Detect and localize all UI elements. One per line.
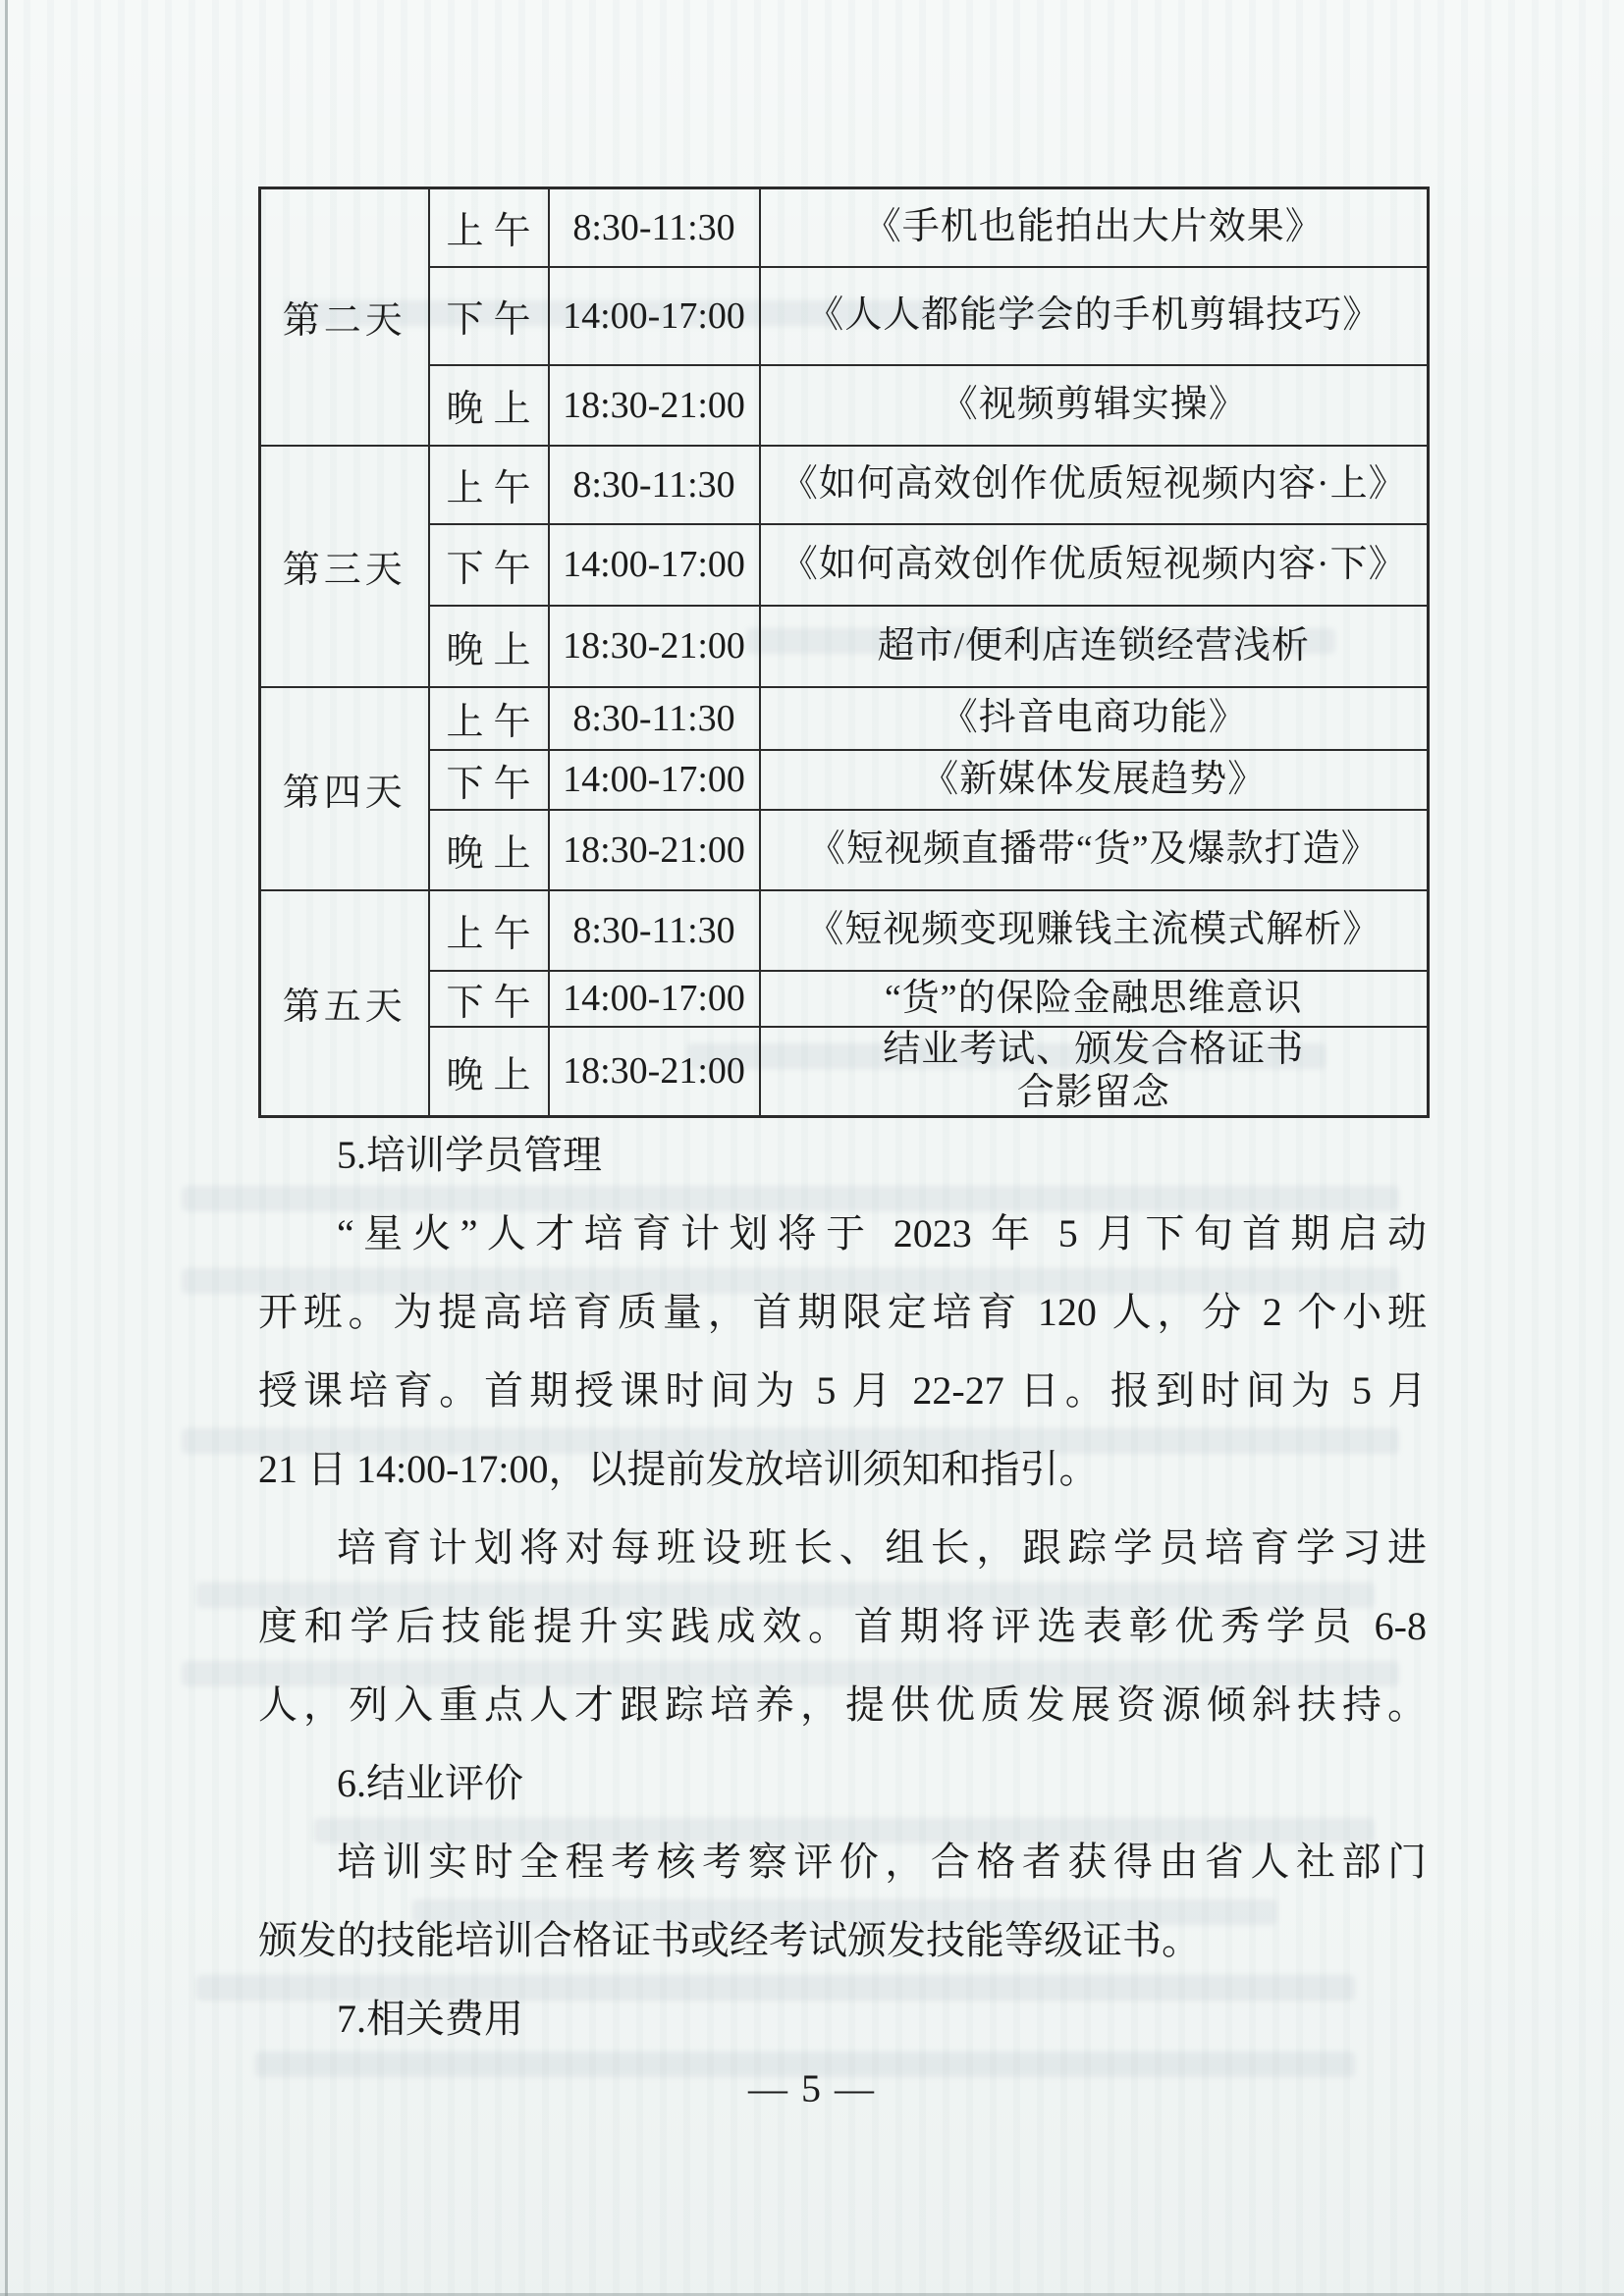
scanner-edge-line	[5, 0, 8, 2296]
period-cell: 晚上	[429, 810, 549, 890]
period-cell: 上午	[429, 890, 549, 971]
course-cell: 《短视频变现赚钱主流模式解析》	[760, 890, 1429, 971]
day-cell: 第三天	[260, 446, 429, 687]
document-body: 5.培训学员管理 “星火”人才培育计划将于 2023 年 5 月下旬首期启动 开…	[258, 1116, 1427, 2058]
course-cell: 《抖音电商功能》	[760, 687, 1429, 750]
course-cell: 《短视频直播带“货”及爆款打造》	[760, 810, 1429, 890]
scanned-document-page: { "table": { "days": [ { "label": "第二天",…	[0, 0, 1624, 2296]
day-cell: 第四天	[260, 687, 429, 890]
time-cell: 18:30-21:00	[549, 1027, 760, 1117]
table-row: 下午 14:00-17:00 《如何高效创作优质短视频内容·下》	[260, 524, 1429, 606]
period-cell: 上午	[429, 687, 549, 750]
course-cell: 《新媒体发展趋势》	[760, 750, 1429, 810]
period-cell: 晚上	[429, 606, 549, 687]
table-row: 晚上 18:30-21:00 《短视频直播带“货”及爆款打造》	[260, 810, 1429, 890]
time-cell: 8:30-11:30	[549, 687, 760, 750]
period-cell: 晚上	[429, 1027, 549, 1117]
course-cell: 《手机也能拍出大片效果》	[760, 188, 1429, 267]
table-row: 下午 14:00-17:00 “货”的保险金融思维意识	[260, 971, 1429, 1027]
table-row: 第五天 上午 8:30-11:30 《短视频变现赚钱主流模式解析》	[260, 890, 1429, 971]
period-cell: 晚上	[429, 365, 549, 446]
body-line: 度和学后技能提升实践成效。首期将评选表彰优秀学员 6-8	[258, 1587, 1427, 1666]
period-cell: 下午	[429, 750, 549, 810]
page-number: — 5 —	[0, 2065, 1624, 2111]
time-cell: 18:30-21:00	[549, 810, 760, 890]
time-cell: 8:30-11:30	[549, 188, 760, 267]
training-schedule-table: 第二天 上午 8:30-11:30 《手机也能拍出大片效果》 下午 14:00-…	[258, 187, 1430, 1118]
body-line: 培训实时全程考核考察评价，合格者获得由省人社部门	[258, 1823, 1427, 1901]
time-cell: 18:30-21:00	[549, 606, 760, 687]
course-cell: 《如何高效创作优质短视频内容·下》	[760, 524, 1429, 606]
time-cell: 8:30-11:30	[549, 890, 760, 971]
section-heading-5: 5.培训学员管理	[258, 1116, 1427, 1195]
day-cell: 第五天	[260, 890, 429, 1117]
period-cell: 下午	[429, 267, 549, 365]
period-cell: 上午	[429, 446, 549, 524]
day-cell: 第二天	[260, 188, 429, 446]
body-line: 21 日 14:00-17:00，以提前发放培训须知和指引。	[258, 1430, 1427, 1509]
body-line: 授课培育。首期授课时间为 5 月 22-27 日。报到时间为 5 月	[258, 1352, 1427, 1430]
course-cell: 《如何高效创作优质短视频内容·上》	[760, 446, 1429, 524]
course-cell: 《视频剪辑实操》	[760, 365, 1429, 446]
time-cell: 14:00-17:00	[549, 971, 760, 1027]
table-row: 第二天 上午 8:30-11:30 《手机也能拍出大片效果》	[260, 188, 1429, 267]
body-line: “星火”人才培育计划将于 2023 年 5 月下旬首期启动	[258, 1195, 1427, 1273]
body-line: 颁发的技能培训合格证书或经考试颁发技能等级证书。	[258, 1901, 1427, 1980]
body-line: 培育计划将对每班设班长、组长，跟踪学员培育学习进	[258, 1509, 1427, 1587]
course-cell: 结业考试、颁发合格证书 合影留念	[760, 1027, 1429, 1117]
course-cell: “货”的保险金融思维意识	[760, 971, 1429, 1027]
time-cell: 14:00-17:00	[549, 524, 760, 606]
table-row: 晚上 18:30-21:00 超市/便利店连锁经营浅析	[260, 606, 1429, 687]
course-cell: 《人人都能学会的手机剪辑技巧》	[760, 267, 1429, 365]
table-row: 晚上 18:30-21:00 《视频剪辑实操》	[260, 365, 1429, 446]
body-line: 人，列入重点人才跟踪培养，提供优质发展资源倾斜扶持。	[258, 1666, 1427, 1744]
time-cell: 18:30-21:00	[549, 365, 760, 446]
time-cell: 14:00-17:00	[549, 267, 760, 365]
section-heading-7: 7.相关费用	[258, 1980, 1427, 2058]
table-row: 下午 14:00-17:00 《人人都能学会的手机剪辑技巧》	[260, 267, 1429, 365]
table-row: 第四天 上午 8:30-11:30 《抖音电商功能》	[260, 687, 1429, 750]
table-row: 下午 14:00-17:00 《新媒体发展趋势》	[260, 750, 1429, 810]
course-cell: 超市/便利店连锁经营浅析	[760, 606, 1429, 687]
period-cell: 下午	[429, 971, 549, 1027]
period-cell: 下午	[429, 524, 549, 606]
table-row: 第三天 上午 8:30-11:30 《如何高效创作优质短视频内容·上》	[260, 446, 1429, 524]
period-cell: 上午	[429, 188, 549, 267]
time-cell: 14:00-17:00	[549, 750, 760, 810]
time-cell: 8:30-11:30	[549, 446, 760, 524]
section-heading-6: 6.结业评价	[258, 1744, 1427, 1823]
body-line: 开班。为提高培育质量，首期限定培育 120 人，分 2 个小班	[258, 1273, 1427, 1352]
table-row: 晚上 18:30-21:00 结业考试、颁发合格证书 合影留念	[260, 1027, 1429, 1117]
